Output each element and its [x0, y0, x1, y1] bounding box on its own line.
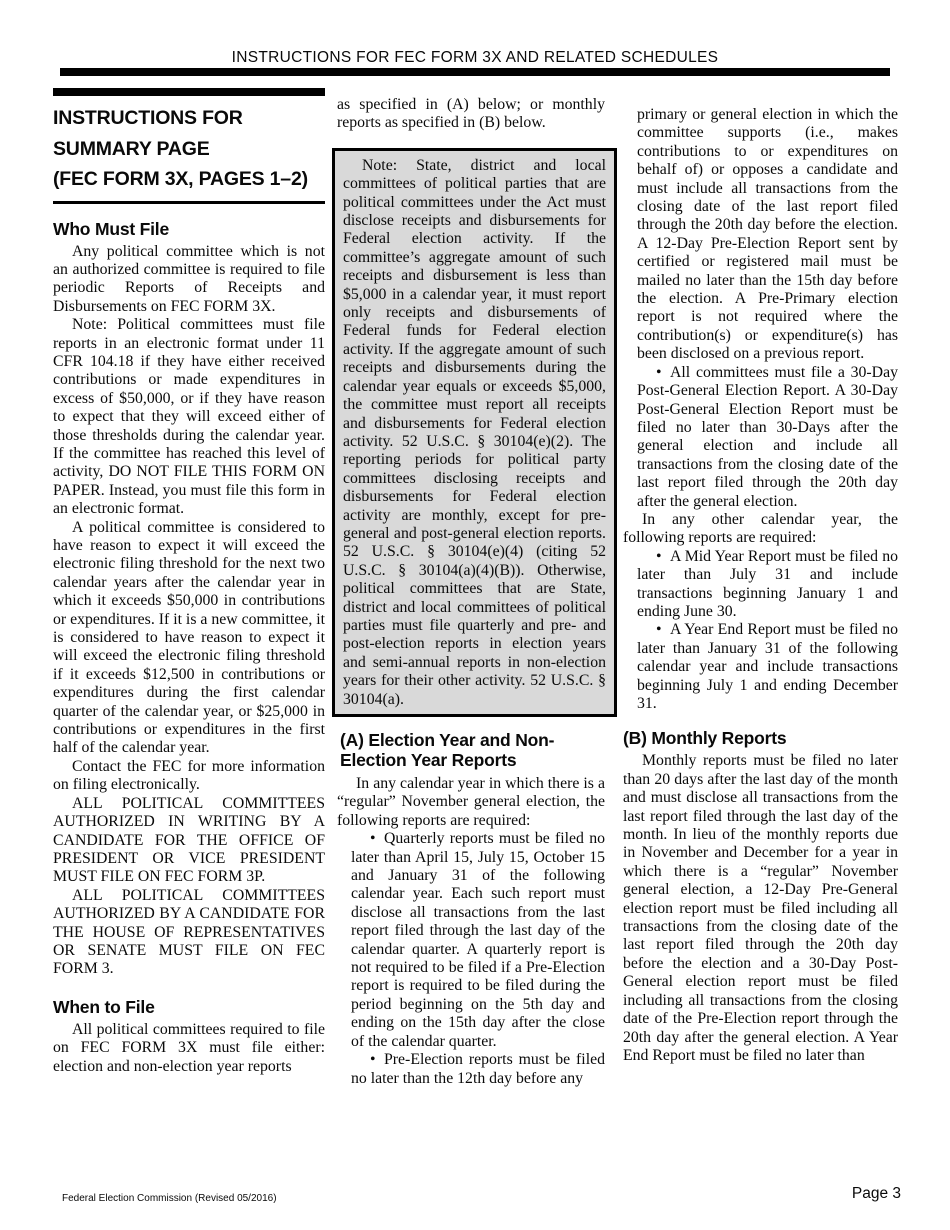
bullet-icon: • — [656, 548, 670, 566]
heading-section-b: (B) Monthly Reports — [623, 728, 898, 748]
paragraph-who-5: ALL POLITICAL COMMITTEES AUTHORIZED IN W… — [53, 795, 325, 887]
paragraph-who-2: Note: Political committees must file rep… — [53, 316, 325, 518]
note-box-text: Note: State, district and local committe… — [343, 157, 606, 709]
bullet-quarterly-reports: •Quarterly reports must be filed no late… — [337, 830, 605, 1051]
right-column: primary or general election in which the… — [623, 106, 898, 1065]
document-title: INSTRUCTIONS FOR SUMMARY PAGE (FEC FORM … — [53, 103, 325, 195]
bullet-text: All committees must file a 30-Day Post-G… — [637, 364, 898, 510]
paragraph-who-4: Contact the FEC for more information on … — [53, 758, 325, 795]
heading-when-to-file: When to File — [53, 997, 325, 1017]
paragraph-pre-election-continuation: primary or general election in which the… — [623, 106, 898, 364]
title-line-3: (FEC FORM 3X, PAGES 1–2) — [53, 164, 325, 195]
middle-column: as specified in (A) below; or monthly re… — [337, 96, 605, 1088]
footer-agency-label: Federal Election Commission (Revised 05/… — [62, 1193, 277, 1204]
page-header-title: INSTRUCTIONS FOR FEC FORM 3X AND RELATED… — [0, 49, 950, 67]
note-box: Note: State, district and local committe… — [332, 148, 617, 717]
page-number: Page 3 — [852, 1185, 901, 1203]
section-b-paragraph: Monthly reports must be filed no later t… — [623, 752, 898, 1065]
bullet-text: Pre-Election reports must be filed no la… — [351, 1051, 605, 1086]
title-top-rule — [53, 88, 325, 96]
bullet-icon: • — [656, 364, 670, 382]
bullet-text: Quarterly reports must be filed no later… — [351, 830, 605, 1049]
paragraph-when-1: All political committees required to fil… — [53, 1021, 325, 1076]
bullet-icon: • — [370, 830, 384, 848]
left-column: INSTRUCTIONS FOR SUMMARY PAGE (FEC FORM … — [53, 88, 325, 1076]
paragraph-who-1: Any political committee which is not an … — [53, 243, 325, 317]
heading-section-a: (A) Election Year and Non-Election Year … — [337, 730, 605, 770]
title-line-2: SUMMARY PAGE — [53, 134, 325, 165]
bullet-post-general-report: •All committees must file a 30-Day Post-… — [623, 364, 898, 511]
paragraph-who-6: ALL POLITICAL COMMITTEES AUTHORIZED BY A… — [53, 887, 325, 979]
bullet-text: A Mid Year Report must be filed no later… — [637, 548, 898, 620]
paragraph-when-continuation: as specified in (A) below; or monthly re… — [337, 96, 605, 133]
paragraph-who-3: A political committee is considered to h… — [53, 519, 325, 758]
title-line-1: INSTRUCTIONS FOR — [53, 103, 325, 134]
bullet-icon: • — [370, 1051, 384, 1069]
heading-who-must-file: Who Must File — [53, 219, 325, 239]
bullet-pre-election-reports: •Pre-Election reports must be filed no l… — [337, 1051, 605, 1088]
bullet-year-end-report: •A Year End Report must be filed no late… — [623, 621, 898, 713]
bullet-mid-year-report: •A Mid Year Report must be filed no late… — [623, 548, 898, 622]
bullet-icon: • — [656, 621, 670, 639]
bullet-text: A Year End Report must be filed no later… — [637, 621, 898, 712]
document-page: INSTRUCTIONS FOR FEC FORM 3X AND RELATED… — [0, 0, 950, 1230]
section-a-intro: In any calendar year in which there is a… — [337, 775, 605, 830]
title-bottom-rule — [53, 201, 325, 204]
paragraph-other-years: In any other calendar year, the followin… — [623, 511, 898, 548]
header-rule — [60, 68, 890, 76]
